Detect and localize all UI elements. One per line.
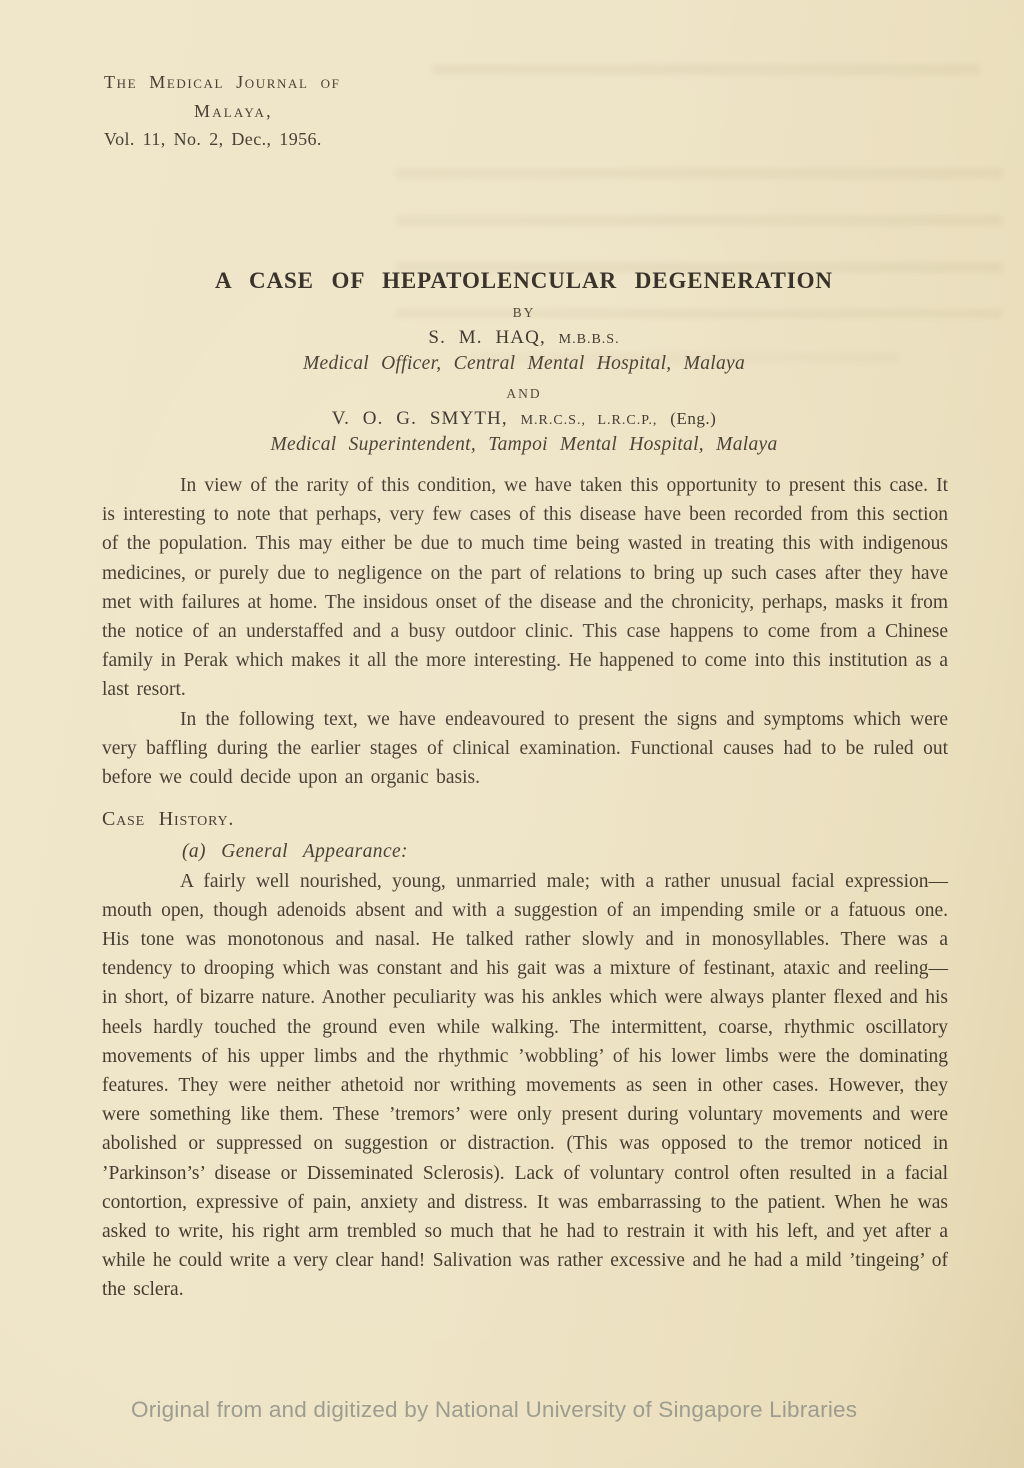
- author-1-name: S. M. HAQ,: [428, 327, 545, 348]
- journal-name-line1: The Medical Journal of: [104, 68, 340, 97]
- author-line-2: V. O. G. SMYTH, M.R.C.S., L.R.C.P., (Eng…: [100, 408, 948, 430]
- body-paragraph-general-appearance: A fairly well nourished, young, unmarrie…: [102, 867, 948, 1305]
- journal-name-line2: Malaya,: [194, 97, 340, 126]
- journal-volume-issue-date: Vol. 11, No. 2, Dec., 1956.: [104, 125, 340, 154]
- section-heading-case-history: Case History.: [102, 805, 948, 834]
- scanned-page: The Medical Journal of Malaya, Vol. 11, …: [0, 0, 1024, 1468]
- bleed-through-ghost-text: [432, 64, 980, 94]
- subsection-heading-general-appearance: (a) General Appearance:: [102, 837, 948, 866]
- article-title-block: A CASE OF HEPATOLENCULAR DEGENERATION BY…: [100, 268, 948, 456]
- by-label: BY: [100, 305, 948, 321]
- and-label: AND: [100, 386, 948, 402]
- intro-paragraph-1: In view of the rarity of this condition,…: [102, 471, 948, 705]
- digitization-watermark: Original from and digitized by National …: [131, 1397, 857, 1423]
- article-title: A CASE OF HEPATOLENCULAR DEGENERATION: [100, 268, 948, 294]
- intro-paragraph-2: In the following text, we have endeavour…: [102, 705, 948, 793]
- author-1-credentials: M.B.B.S.: [559, 332, 620, 347]
- author-line-1: S. M. HAQ, M.B.B.S.: [100, 327, 948, 349]
- author-2-name: V. O. G. SMYTH,: [332, 408, 508, 429]
- author-2-suffix: (Eng.): [670, 409, 716, 428]
- journal-masthead: The Medical Journal of Malaya, Vol. 11, …: [104, 68, 340, 154]
- author-2-affiliation: Medical Superintendent, Tampoi Mental Ho…: [100, 434, 948, 456]
- article-body: In view of the rarity of this condition,…: [102, 471, 948, 1305]
- author-1-affiliation: Medical Officer, Central Mental Hospital…: [100, 353, 948, 375]
- author-2-credentials: M.R.C.S., L.R.C.P.,: [521, 413, 658, 428]
